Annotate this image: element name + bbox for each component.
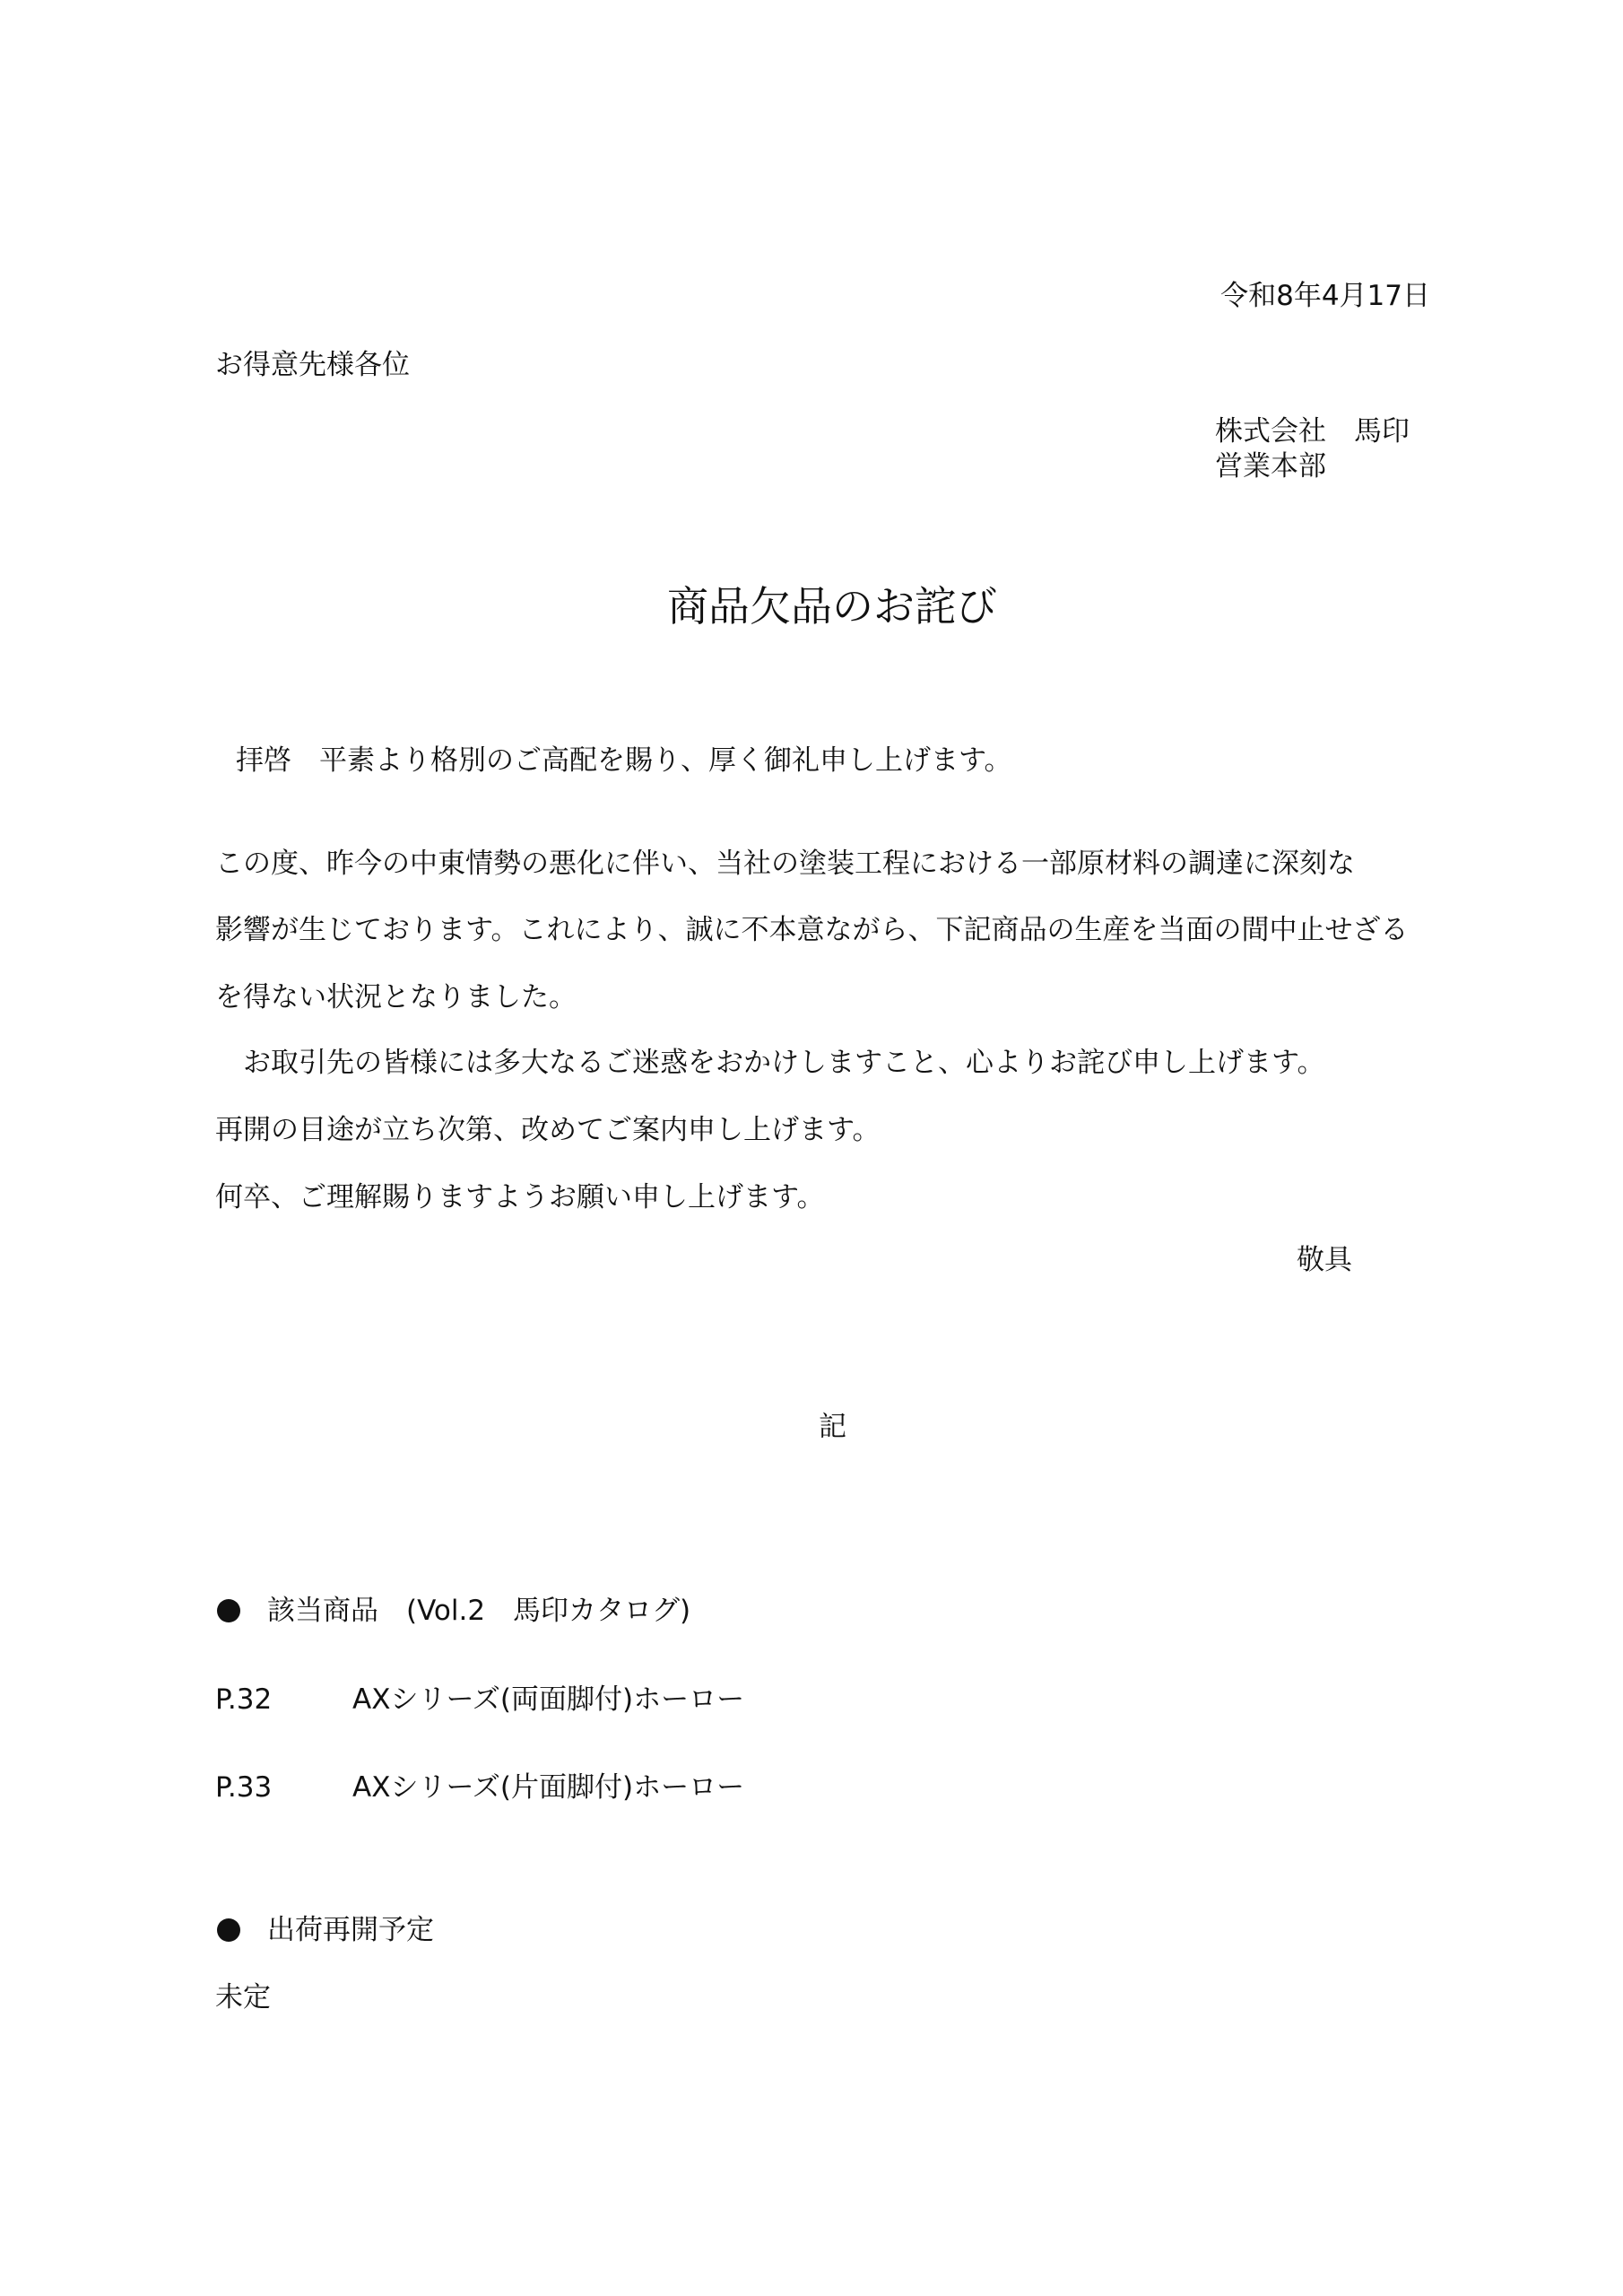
greeting: 拝啓 平素より格別のご高配を賜り、厚く御礼申し上げます。 — [208, 747, 1012, 775]
body-line: 再開の目途が立ち次第、改めてご案内申し上げます。 — [215, 1117, 881, 1144]
bullet-icon — [217, 1918, 240, 1942]
addressee: お得意先様各位 — [215, 352, 410, 379]
item-page: P.33 — [215, 1774, 272, 1802]
body-line: 影響が生じております。これにより、誠に不本意ながら、下記商品の生産を当面の間中止… — [215, 917, 1409, 944]
resume-value: 未定 — [215, 1984, 271, 2012]
item-name: AXシリーズ(両面脚付)ホーロー — [352, 1686, 744, 1714]
body-line: この度、昨今の中東情勢の悪化に伴い、当社の塗装工程における一部原材料の調達に深刻… — [215, 850, 1355, 878]
bullet-icon — [217, 1599, 240, 1622]
body-line: 何卒、ご理解賜りますようお願い申し上げます。 — [215, 1184, 825, 1212]
item-name: AXシリーズ(片面脚付)ホーロー — [352, 1774, 744, 1802]
ki-marker: 記 — [819, 1413, 846, 1441]
closing: 敬具 — [1297, 1247, 1352, 1274]
body-line: お取引先の皆様には多大なるご迷惑をおかけしますこと、心よりお詫び申し上げます。 — [215, 1049, 1325, 1077]
page-title: 商品欠品のお詫び — [0, 586, 1623, 627]
sender-company: 株式会社 馬印 — [1215, 418, 1410, 446]
letter-date: 令和8年4月17日 — [1220, 283, 1430, 310]
item-page: P.32 — [215, 1686, 272, 1714]
section-heading-resume: 出荷再開予定 — [267, 1917, 434, 1944]
section-heading-products: 該当商品 (Vol.2 馬印カタログ) — [267, 1597, 690, 1625]
body-line: を得ない状況となりました。 — [215, 984, 577, 1012]
sender-department: 営業本部 — [1215, 453, 1326, 481]
